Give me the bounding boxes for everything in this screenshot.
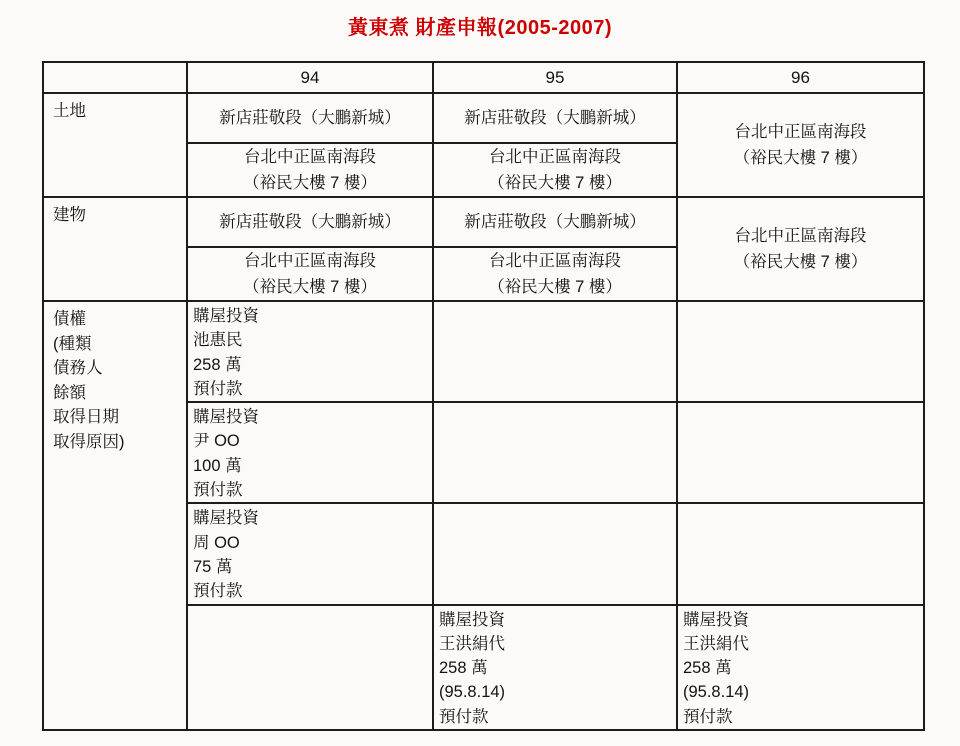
cell-building-94-parcel2: 台北中正區南海段 （裕民大樓 7 樓） — [187, 247, 433, 301]
row-label-land: 土地 — [43, 93, 187, 197]
cell-claims-3-96 — [677, 503, 924, 604]
corner-cell — [43, 62, 187, 93]
row-label-claims: 債權 (種類 債務人 餘額 取得日期 取得原因) — [43, 301, 187, 730]
cell-claims-3-95 — [433, 503, 677, 604]
cell-building-95-parcel2: 台北中正區南海段 （裕民大樓 7 樓） — [433, 247, 677, 301]
cell-building-94-parcel1: 新店莊敬段（大鵬新城） — [187, 197, 433, 247]
cell-claims-4-94 — [187, 605, 433, 730]
building-row-1: 建物 新店莊敬段（大鵬新城） 新店莊敬段（大鵬新城） 台北中正區南海段 （裕民大… — [43, 197, 924, 247]
cell-claims-2-96 — [677, 402, 924, 503]
cell-land-96: 台北中正區南海段 （裕民大樓 7 樓） — [677, 93, 924, 197]
header-row: 94 95 96 — [43, 62, 924, 93]
land-row-1: 土地 新店莊敬段（大鵬新城） 新店莊敬段（大鵬新城） 台北中正區南海段 （裕民大… — [43, 93, 924, 143]
cell-claims-2-94: 購屋投資 尹 OO 100 萬 預付款 — [187, 402, 433, 503]
cell-claims-3-94: 購屋投資 周 OO 75 萬 預付款 — [187, 503, 433, 604]
cell-claims-2-95 — [433, 402, 677, 503]
year-header-96: 96 — [677, 62, 924, 93]
claims-row-1: 債權 (種類 債務人 餘額 取得日期 取得原因) 購屋投資 池惠民 258 萬 … — [43, 301, 924, 402]
cell-land-95-parcel1: 新店莊敬段（大鵬新城） — [433, 93, 677, 143]
cell-claims-1-95 — [433, 301, 677, 402]
cell-land-94-parcel2: 台北中正區南海段 （裕民大樓 7 樓） — [187, 143, 433, 197]
year-header-95: 95 — [433, 62, 677, 93]
cell-claims-1-94: 購屋投資 池惠民 258 萬 預付款 — [187, 301, 433, 402]
property-declaration-table: 94 95 96 土地 新店莊敬段（大鵬新城） 新店莊敬段（大鵬新城） 台北中正… — [42, 61, 925, 731]
year-header-94: 94 — [187, 62, 433, 93]
cell-building-96: 台北中正區南海段 （裕民大樓 7 樓） — [677, 197, 924, 301]
page-title: 黃東煮 財產申報(2005-2007) — [0, 11, 960, 40]
row-label-building: 建物 — [43, 197, 187, 301]
cell-building-95-parcel1: 新店莊敬段（大鵬新城） — [433, 197, 677, 247]
cell-claims-4-96: 購屋投資 王洪絹代 258 萬 (95.8.14) 預付款 — [677, 605, 924, 730]
cell-land-95-parcel2: 台北中正區南海段 （裕民大樓 7 樓） — [433, 143, 677, 197]
cell-land-94-parcel1: 新店莊敬段（大鵬新城） — [187, 93, 433, 143]
cell-claims-4-95: 購屋投資 王洪絹代 258 萬 (95.8.14) 預付款 — [433, 605, 677, 730]
cell-claims-1-96 — [677, 301, 924, 402]
